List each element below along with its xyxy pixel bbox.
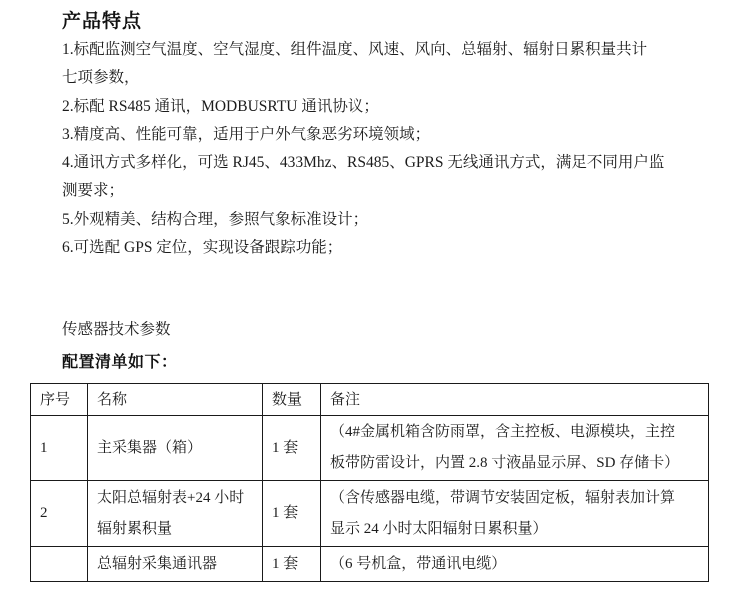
- config-table-container: 序号 名称 数量 备注 1 主采集器（箱） 1 套 （4#金属机箱含防雨罩，含主…: [30, 383, 709, 582]
- cell-remark: （含传感器电缆，带调节安装固定板，辐射表加计算 显示 24 小时太阳辐射日累积量…: [321, 481, 709, 547]
- page-title: 产品特点: [62, 6, 142, 33]
- cell-name: 主采集器（箱）: [88, 416, 263, 481]
- header-cell-remark: 备注: [321, 384, 709, 416]
- cell-remark: （4#金属机箱含防雨罩，含主控板、电源模块，主控 板带防雷设计，内置 2.8 寸…: [321, 416, 709, 481]
- cell-qty: 1 套: [263, 547, 321, 582]
- header-cell-no: 序号: [31, 384, 88, 416]
- header-cell-qty: 数量: [263, 384, 321, 416]
- feature-list: 1.标配监测空气温度、空气湿度、组件温度、风速、风向、总辐射、辐射日累积量共计 …: [62, 36, 664, 262]
- cell-no: 1: [31, 416, 88, 481]
- table-header-row: 序号 名称 数量 备注: [31, 384, 709, 416]
- cell-qty: 1 套: [263, 481, 321, 547]
- cell-name: 总辐射采集通讯器: [88, 547, 263, 582]
- table-heading: 配置清单如下：: [62, 349, 178, 372]
- cell-no: 2: [31, 481, 88, 547]
- cell-name: 太阳总辐射表+24 小时 辐射累积量: [88, 481, 263, 547]
- table-row: 总辐射采集通讯器 1 套 （6 号机盒，带通讯电缆）: [31, 547, 709, 582]
- section-label: 传感器技术参数: [62, 320, 171, 340]
- cell-remark: （6 号机盒，带通讯电缆）: [321, 547, 709, 582]
- table-row: 1 主采集器（箱） 1 套 （4#金属机箱含防雨罩，含主控板、电源模块，主控 板…: [31, 416, 709, 481]
- cell-no: [31, 547, 88, 582]
- cell-qty: 1 套: [263, 416, 321, 481]
- document-page: 产品特点 1.标配监测空气温度、空气湿度、组件温度、风速、风向、总辐射、辐射日累…: [0, 0, 745, 590]
- config-table: 序号 名称 数量 备注 1 主采集器（箱） 1 套 （4#金属机箱含防雨罩，含主…: [30, 383, 709, 582]
- table-row: 2 太阳总辐射表+24 小时 辐射累积量 1 套 （含传感器电缆，带调节安装固定…: [31, 481, 709, 547]
- header-cell-name: 名称: [88, 384, 263, 416]
